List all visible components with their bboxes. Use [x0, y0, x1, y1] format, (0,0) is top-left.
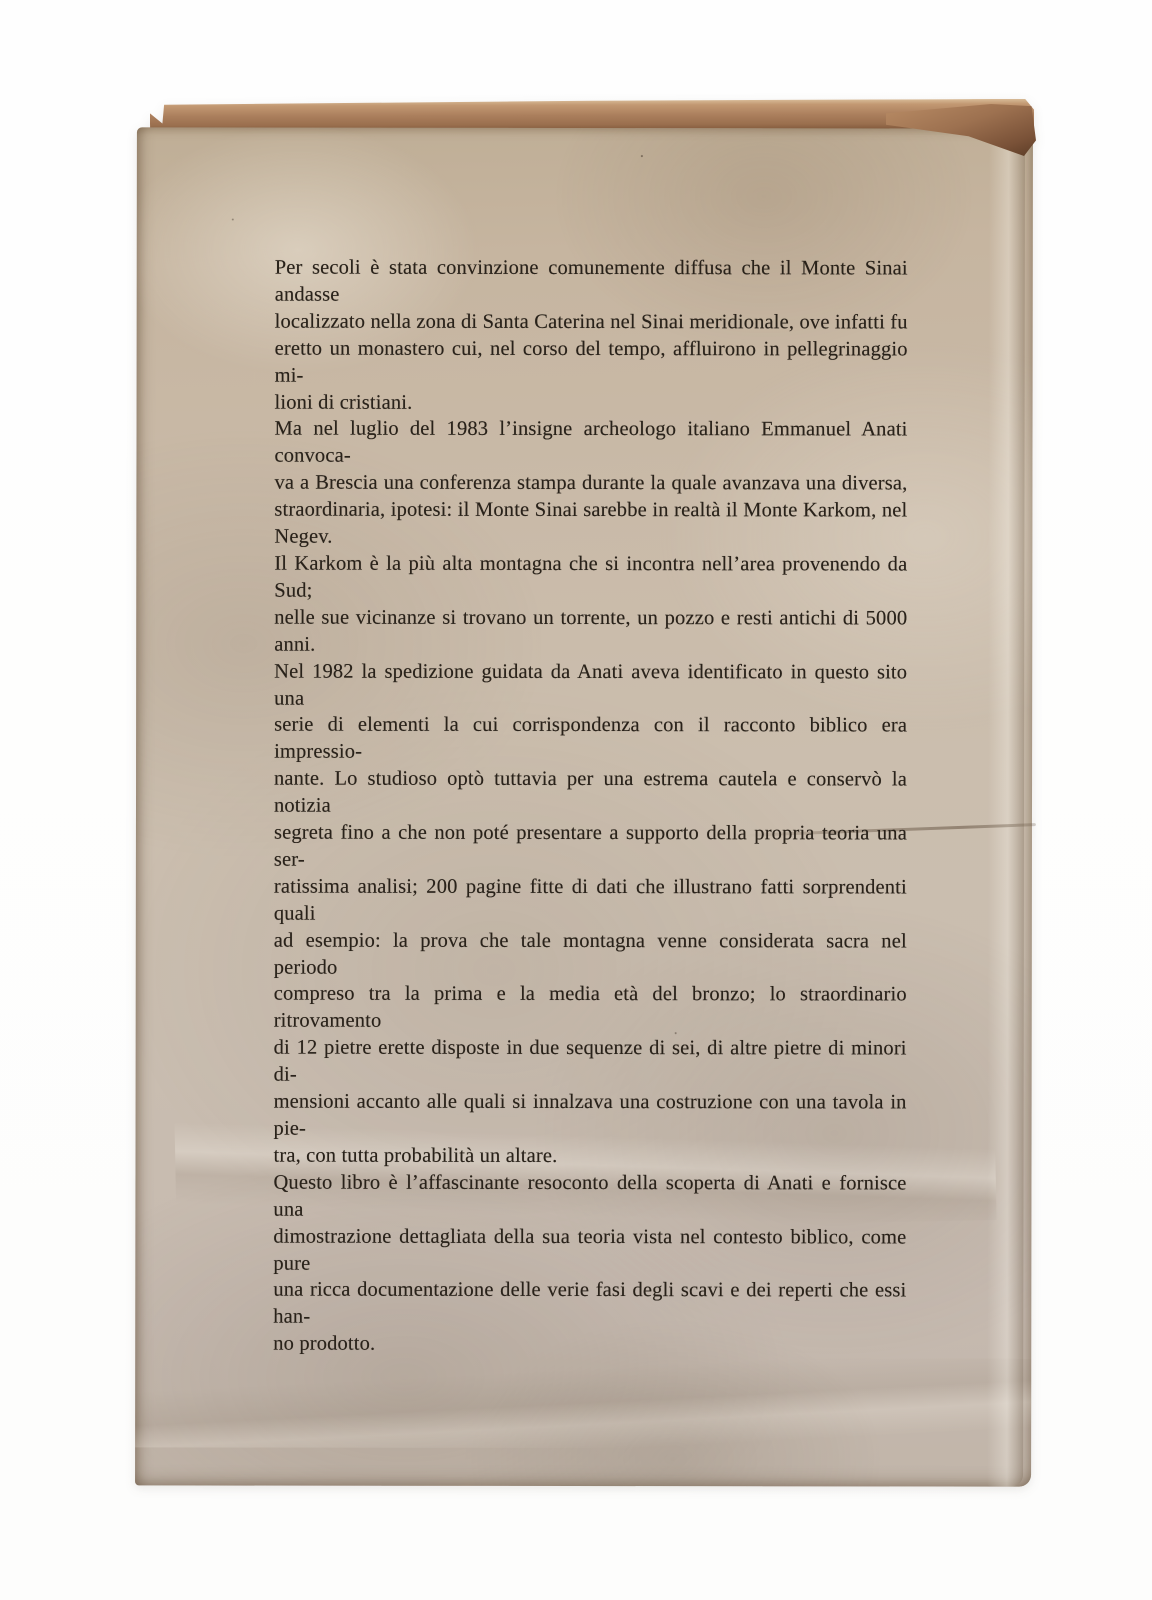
book: Per secoli è stata convinzione comunemen… [134, 98, 1036, 1490]
text-line: Per secoli è stata convinzione comunemen… [275, 255, 908, 310]
text-line: Questo libro è l’affascinante resoconto … [273, 1169, 906, 1224]
text-line: straordinaria, ipotesi: il Monte Sinai s… [274, 497, 907, 525]
photo-background: Per secoli è stata convinzione comunemen… [0, 0, 1152, 1600]
text-line: va a Brescia una conferenza stampa duran… [274, 470, 907, 498]
text-line: no prodotto. [273, 1331, 906, 1359]
text-line: ratissima analisi; 200 pagine fitte di d… [274, 873, 907, 928]
text-line: anni. [274, 631, 907, 659]
text-line: localizzato nella zona di Santa Caterina… [275, 308, 908, 336]
text-line: Ma nel luglio del 1983 l’insigne archeol… [274, 416, 907, 471]
text-line: una ricca documentazione delle verie fas… [273, 1277, 906, 1332]
text-line: mensioni accanto alle quali si innalzava… [274, 1089, 907, 1144]
text-line: segreta fino a che non poté presentare a… [274, 820, 907, 875]
text-line: lioni di cristiani. [275, 389, 908, 417]
back-cover-text: Per secoli è stata convinzione comunemen… [273, 255, 908, 1359]
book-back-cover: Per secoli è stata convinzione comunemen… [135, 127, 1033, 1486]
text-line: tra, con tutta probabilità un altare. [273, 1142, 906, 1170]
text-line: di 12 pietre erette disposte in due sequ… [274, 1035, 907, 1090]
cover-wrinkle [135, 1357, 1031, 1448]
text-line: Il Karkom è la più alta montagna che si … [274, 551, 907, 606]
text-line: Negev. [274, 524, 907, 552]
text-line: serie di elementi la cui corrispondenza … [274, 712, 907, 767]
text-line: nante. Lo studioso optò tuttavia per una… [274, 766, 907, 821]
text-line: Nel 1982 la spedizione guidata da Anati … [274, 658, 907, 713]
text-line: dimostrazione dettagliata della sua teor… [273, 1223, 906, 1278]
cover-right-curl [987, 129, 1025, 1487]
text-line: compreso tra la prima e la media età del… [274, 981, 907, 1036]
text-line: eretto un monastero cui, nel corso del t… [275, 335, 908, 390]
text-line: nelle sue vicinanze si trovano un torren… [274, 604, 907, 632]
text-line: ad esempio: la prova che tale montagna v… [274, 927, 907, 982]
